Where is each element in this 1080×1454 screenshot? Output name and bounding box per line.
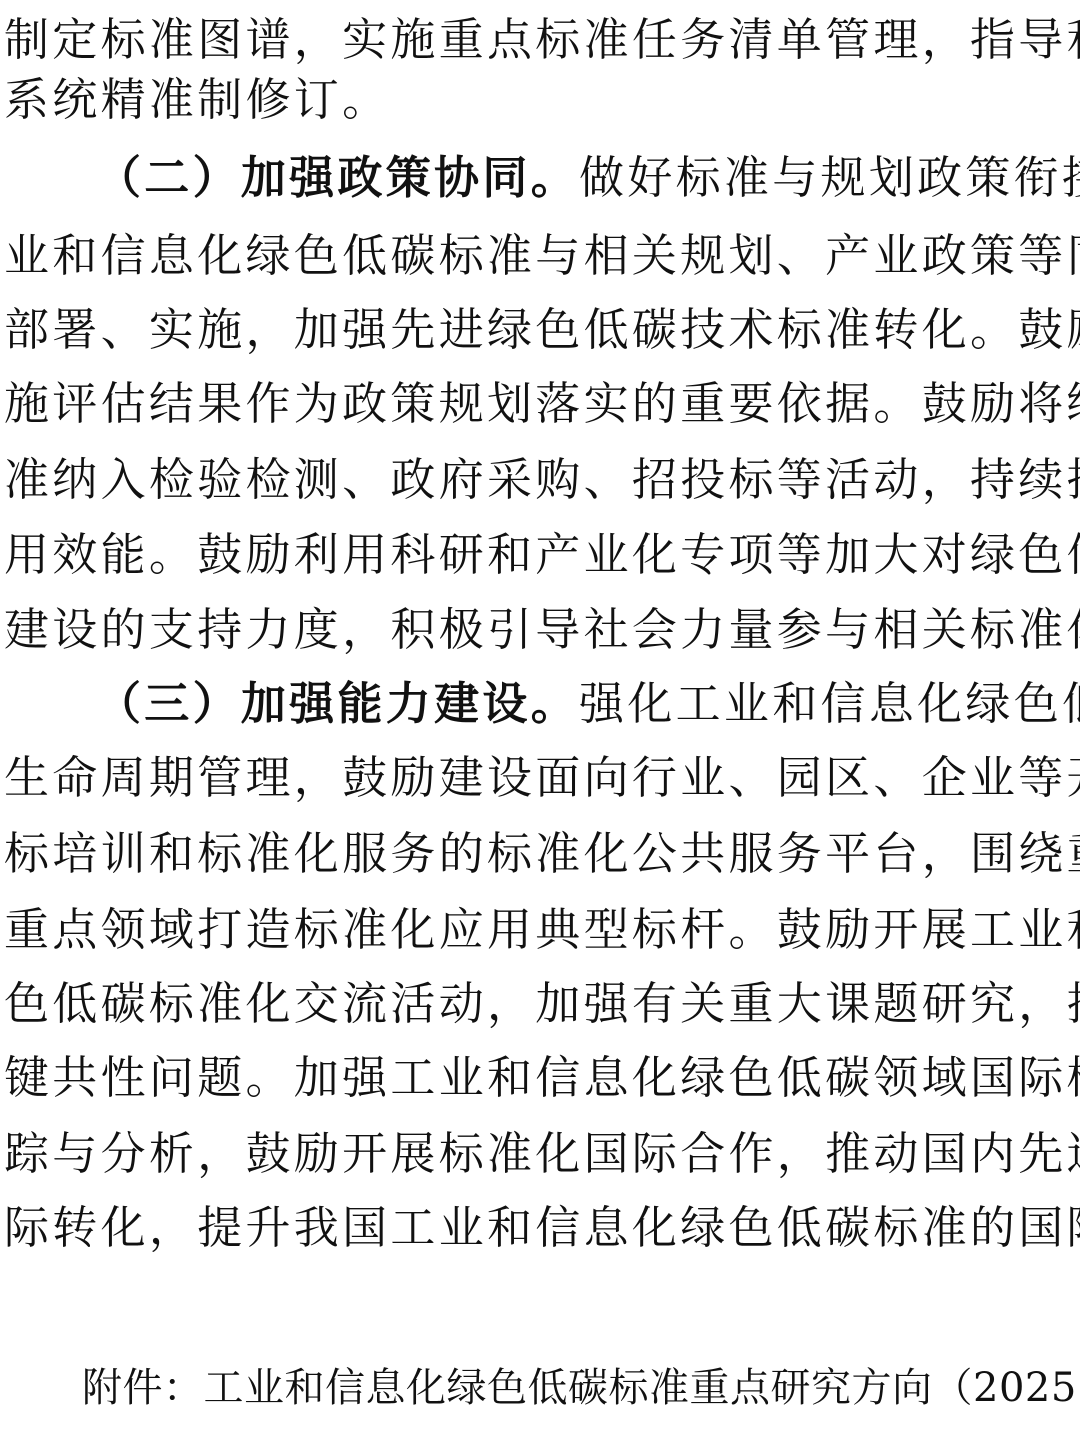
section-2-heading: （二）加强政策协同。 — [96, 151, 579, 204]
document-page: 制定标准图谱，实施重点标准任务清单管理，指导和推动标准 系统精准制修订。 （二）… — [0, 0, 1080, 1454]
section-3-text: 强化工业和信息化绿色低碳标准全 — [579, 677, 1080, 730]
paragraph-line: 生命周期管理，鼓励建设面向行业、园区、企业等开展对标贯 — [4, 750, 1076, 806]
paragraph-line: 标培训和标准化服务的标准化公共服务平台，围绕重点行业、 — [4, 826, 1076, 882]
section-2-text: 做好标准与规划政策衔接，推动工 — [579, 151, 1080, 204]
paragraph-line: 重点领域打造标准化应用典型标杆。鼓励开展工业和信息化绿 — [4, 902, 1076, 958]
attachment-note: 附件：工业和信息化绿色低碳标准重点研究方向（2025－2027年） — [82, 1360, 1076, 1416]
paragraph-line: 键共性问题。加强工业和信息化绿色低碳领域国际标准动态跟 — [4, 1050, 1076, 1106]
paragraph-line: 部署、实施，加强先进绿色低碳技术标准转化。鼓励将标准实 — [4, 302, 1076, 358]
paragraph-line: 用效能。鼓励利用科研和产业化专项等加大对绿色低碳标准化 — [4, 527, 1076, 583]
paragraph-line: 制定标准图谱，实施重点标准任务清单管理，指导和推动标准 — [4, 12, 1076, 68]
paragraph-line: 踪与分析，鼓励开展标准化国际合作，推动国内先进标准的国 — [4, 1126, 1076, 1182]
paragraph-line: 业和信息化绿色低碳标准与相关规划、产业政策等同步研究、 — [4, 228, 1076, 284]
paragraph-line: 际转化，提升我国工业和信息化绿色低碳标准的国际化水平。 — [4, 1200, 1076, 1256]
paragraph-line: 准纳入检验检测、政府采购、招投标等活动，持续提升标准应 — [4, 452, 1076, 508]
section-2-first-line: （二）加强政策协同。做好标准与规划政策衔接，推动工 — [96, 150, 1076, 206]
section-3-first-line: （三）加强能力建设。强化工业和信息化绿色低碳标准全 — [96, 676, 1076, 732]
paragraph-line: 色低碳标准化交流活动，加强有关重大课题研究，推动解决关 — [4, 976, 1076, 1032]
section-3-heading: （三）加强能力建设。 — [96, 677, 579, 730]
paragraph-line: 系统精准制修订。 — [4, 72, 1076, 128]
paragraph-line: 施评估结果作为政策规划落实的重要依据。鼓励将绿色低碳标 — [4, 376, 1076, 432]
paragraph-line: 建设的支持力度，积极引导社会力量参与相关标准化工作。 — [4, 602, 1076, 658]
